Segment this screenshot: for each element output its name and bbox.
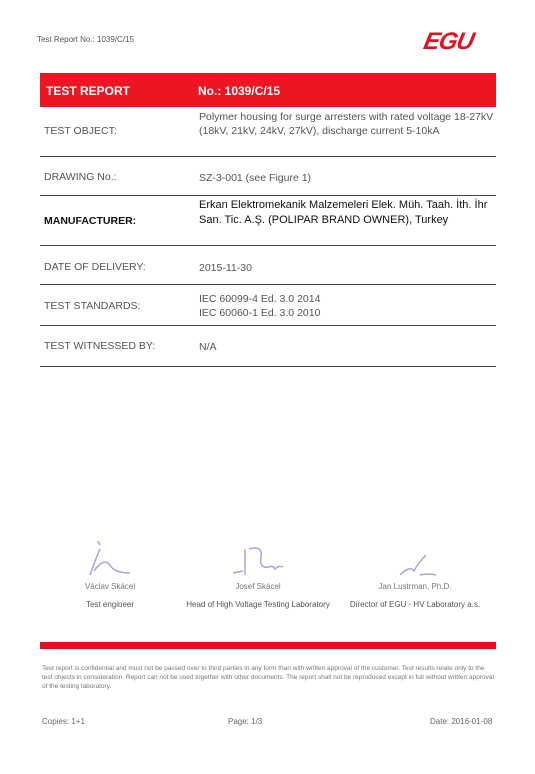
row-value: 2015-11-30 [199, 261, 494, 275]
row-value: IEC 60099-4 Ed. 3.0 2014 IEC 60060-1 Ed.… [199, 292, 494, 320]
row-value: Polymer housing for surge arresters with… [199, 110, 494, 138]
signature-test-engineer: Václav Skácel Test engineer [35, 535, 185, 610]
report-reference: Test Report No.: 1039/C/15 [37, 35, 134, 44]
row-test-standards: TEST STANDARDS: IEC 60099-4 Ed. 3.0 2014… [40, 285, 496, 326]
signer-name: Josef Skácel [183, 582, 333, 591]
signer-name: Jan Lustrman, Ph.D. [340, 582, 490, 591]
row-value: N/A [199, 340, 494, 354]
page-number: Page: 1/3 [228, 717, 262, 726]
row-drawing-no: DRAWING No.: SZ-3-001 (see Figure 1) [40, 157, 496, 196]
footer-divider [40, 642, 496, 649]
signature-mark-icon [213, 535, 303, 580]
signer-name: Václav Skácel [35, 582, 185, 591]
row-test-object: TEST OBJECT: Polymer housing for surge a… [40, 107, 496, 157]
signer-role: Head of High Voltage Testing Laboratory [183, 599, 333, 610]
report-date: Date: 2016-01-08 [430, 717, 492, 726]
logo-text: EGU [421, 28, 476, 56]
report-banner: TEST REPORT No.: 1039/C/15 [40, 73, 496, 107]
row-label: DATE OF DELIVERY: [44, 261, 146, 273]
row-date-of-delivery: DATE OF DELIVERY: 2015-11-30 [40, 246, 496, 285]
row-label: DRAWING No.: [44, 171, 117, 183]
banner-number: No.: 1039/C/15 [198, 84, 280, 98]
egu-logo: EGU [424, 28, 490, 52]
copies-count: Copies: 1+1 [42, 717, 85, 726]
row-label: TEST STANDARDS: [44, 300, 140, 312]
disclaimer-text: Test report is confidential and must not… [42, 664, 494, 691]
signature-head-hv-lab: Josef Skácel Head of High Voltage Testin… [183, 535, 333, 610]
signer-role: Test engineer [35, 599, 185, 610]
signature-mark-icon [370, 535, 460, 580]
signature-mark-icon [70, 535, 150, 580]
signature-director: Jan Lustrman, Ph.D. Director of EGU - HV… [340, 535, 490, 610]
row-label: TEST WITNESSED BY: [44, 340, 155, 352]
banner-title: TEST REPORT [46, 84, 130, 98]
signer-role: Director of EGU - HV Laboratory a.s. [340, 599, 490, 610]
row-value: SZ-3-001 (see Figure 1) [199, 171, 494, 185]
row-manufacturer: MANUFACTURER: Erkan Elektromekanik Malze… [40, 196, 496, 246]
row-value: Erkan Elektromekanik Malzemeleri Elek. M… [199, 198, 494, 228]
row-label: MANUFACTURER: [44, 215, 136, 227]
row-test-witnessed-by: TEST WITNESSED BY: N/A [40, 326, 496, 367]
row-label: TEST OBJECT: [44, 125, 117, 137]
